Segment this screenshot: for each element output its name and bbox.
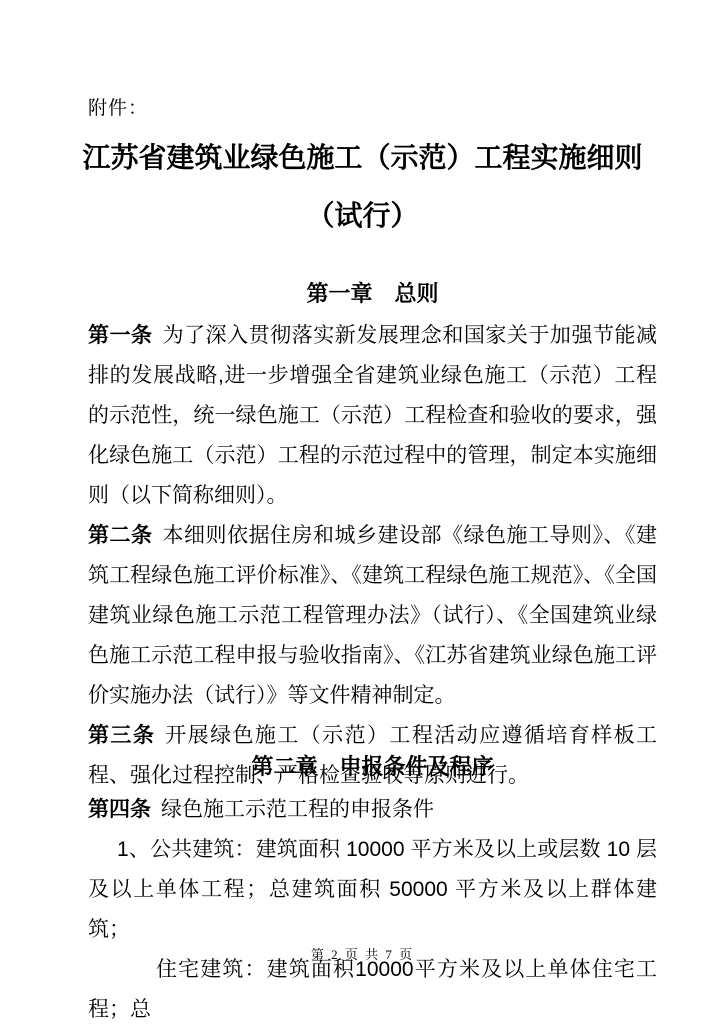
chapter-2-heading: 第二章 申报条件及程序 [88, 753, 657, 781]
condition-item-public-building: 1、公共建筑：建筑面积 10000 平方米及以上或层数 10 层及以上单体工程；… [88, 830, 657, 950]
chapter-1-body: 第一条为了深入贯彻落实新发展理念和国家关于加强节能减排的发展战略,进一步增强全省… [88, 316, 657, 796]
page-number: 第 2 页 共 7 页 [0, 944, 725, 963]
document-title: 江苏省建筑业绿色施工（示范）工程实施细则 [0, 136, 725, 176]
article-2-label: 第二条 [88, 524, 153, 547]
article-1: 第一条为了深入贯彻落实新发展理念和国家关于加强节能减排的发展战略,进一步增强全省… [88, 316, 657, 516]
article-1-label: 第一条 [88, 324, 153, 347]
article-1-text: 为了深入贯彻落实新发展理念和国家关于加强节能减排的发展战略,进一步增强全省建筑业… [88, 324, 657, 507]
article-4-text: 绿色施工示范工程的申报条件 [161, 798, 434, 821]
document-subtitle: （试行） [0, 194, 725, 234]
chapter-2-body: 第四条绿色施工示范工程的申报条件 1、公共建筑：建筑面积 10000 平方米及以… [88, 790, 657, 1024]
document-page: 附件： 江苏省建筑业绿色施工（示范）工程实施细则 （试行） 第一章 总则 第一条… [0, 0, 725, 1024]
article-4-label: 第四条 [88, 798, 151, 821]
article-2: 第二条本细则依据住房和城乡建设部《绿色施工导则》、《建筑工程绿色施工评价标准》、… [88, 516, 657, 716]
chapter-1-heading: 第一章 总则 [88, 280, 657, 308]
article-2-text: 本细则依据住房和城乡建设部《绿色施工导则》、《建筑工程绿色施工评价标准》、《建筑… [88, 524, 657, 707]
attachment-label: 附件： [88, 93, 148, 120]
article-4: 第四条绿色施工示范工程的申报条件 [88, 790, 657, 830]
article-3-label: 第三条 [88, 724, 155, 747]
